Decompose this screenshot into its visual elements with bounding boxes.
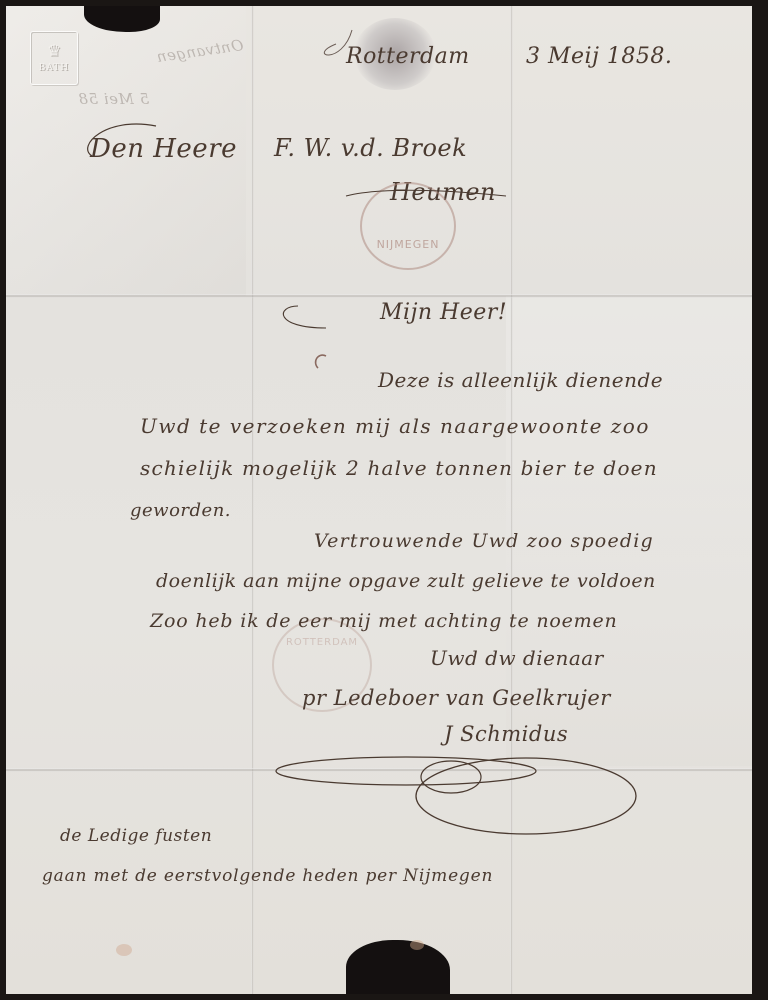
signature: J Schmidus <box>444 722 568 746</box>
dateline-place: Rotterdam <box>346 44 470 69</box>
greeting: Mijn Heer! <box>380 300 507 325</box>
body-line-3: schielijk mogelijk 2 halve tonnen bier t… <box>140 456 658 480</box>
fold-line-left <box>251 6 254 994</box>
docket-note-line1: Ontvangen <box>155 36 244 66</box>
body-line-7: Zoo heb ik de eer mij met achting te noe… <box>150 610 618 632</box>
torn-hole-top <box>84 6 160 32</box>
fold-line-lower <box>6 768 752 772</box>
foxing-spot <box>116 944 132 956</box>
embossed-paper-stamp: ♛ BATH <box>30 31 78 85</box>
postmark-rotterdam-text: ROTTERDAM <box>286 637 358 648</box>
postscript-line-2: gaan met de eerstvolgende heden per Nijm… <box>42 866 493 886</box>
address-salutation: Den Heere <box>90 134 237 164</box>
closing-line-1: Uwd dw dienaar <box>430 646 604 670</box>
body-line-4: geworden. <box>130 500 231 521</box>
postmark-nijmegen: NIJMEGEN <box>360 182 456 270</box>
dateline-date: 3 Meij 1858. <box>526 44 672 69</box>
closing-line-2: pr Ledeboer van Geelkrujer <box>302 686 611 710</box>
body-line-1: Deze is alleenlijk dienende <box>378 368 663 392</box>
docket-note-line2: 5 Mei 58 <box>78 90 149 108</box>
letter-sheet: ♛ BATH Ontvangen 5 Mei 58 Rotterdam 3 Me… <box>6 6 752 994</box>
torn-hole-bottom <box>346 940 450 994</box>
body-line-6: doenlijk aan mijne opgave zult gelieve t… <box>156 570 656 592</box>
crown-icon: ♛ <box>47 43 61 59</box>
body-line-2: Uwd te verzoeken mij als naargewoonte zo… <box>140 414 650 438</box>
fold-line-right <box>510 6 513 994</box>
fold-line-upper <box>6 294 752 298</box>
emboss-label: BATH <box>39 63 69 73</box>
body-line-5: Vertrouwende Uwd zoo spoedig <box>314 530 654 552</box>
postscript-line-1: de Ledige fusten <box>60 826 212 846</box>
postmark-nijmegen-text: NIJMEGEN <box>377 239 440 251</box>
address-name: F. W. v.d. Broek <box>274 134 467 162</box>
